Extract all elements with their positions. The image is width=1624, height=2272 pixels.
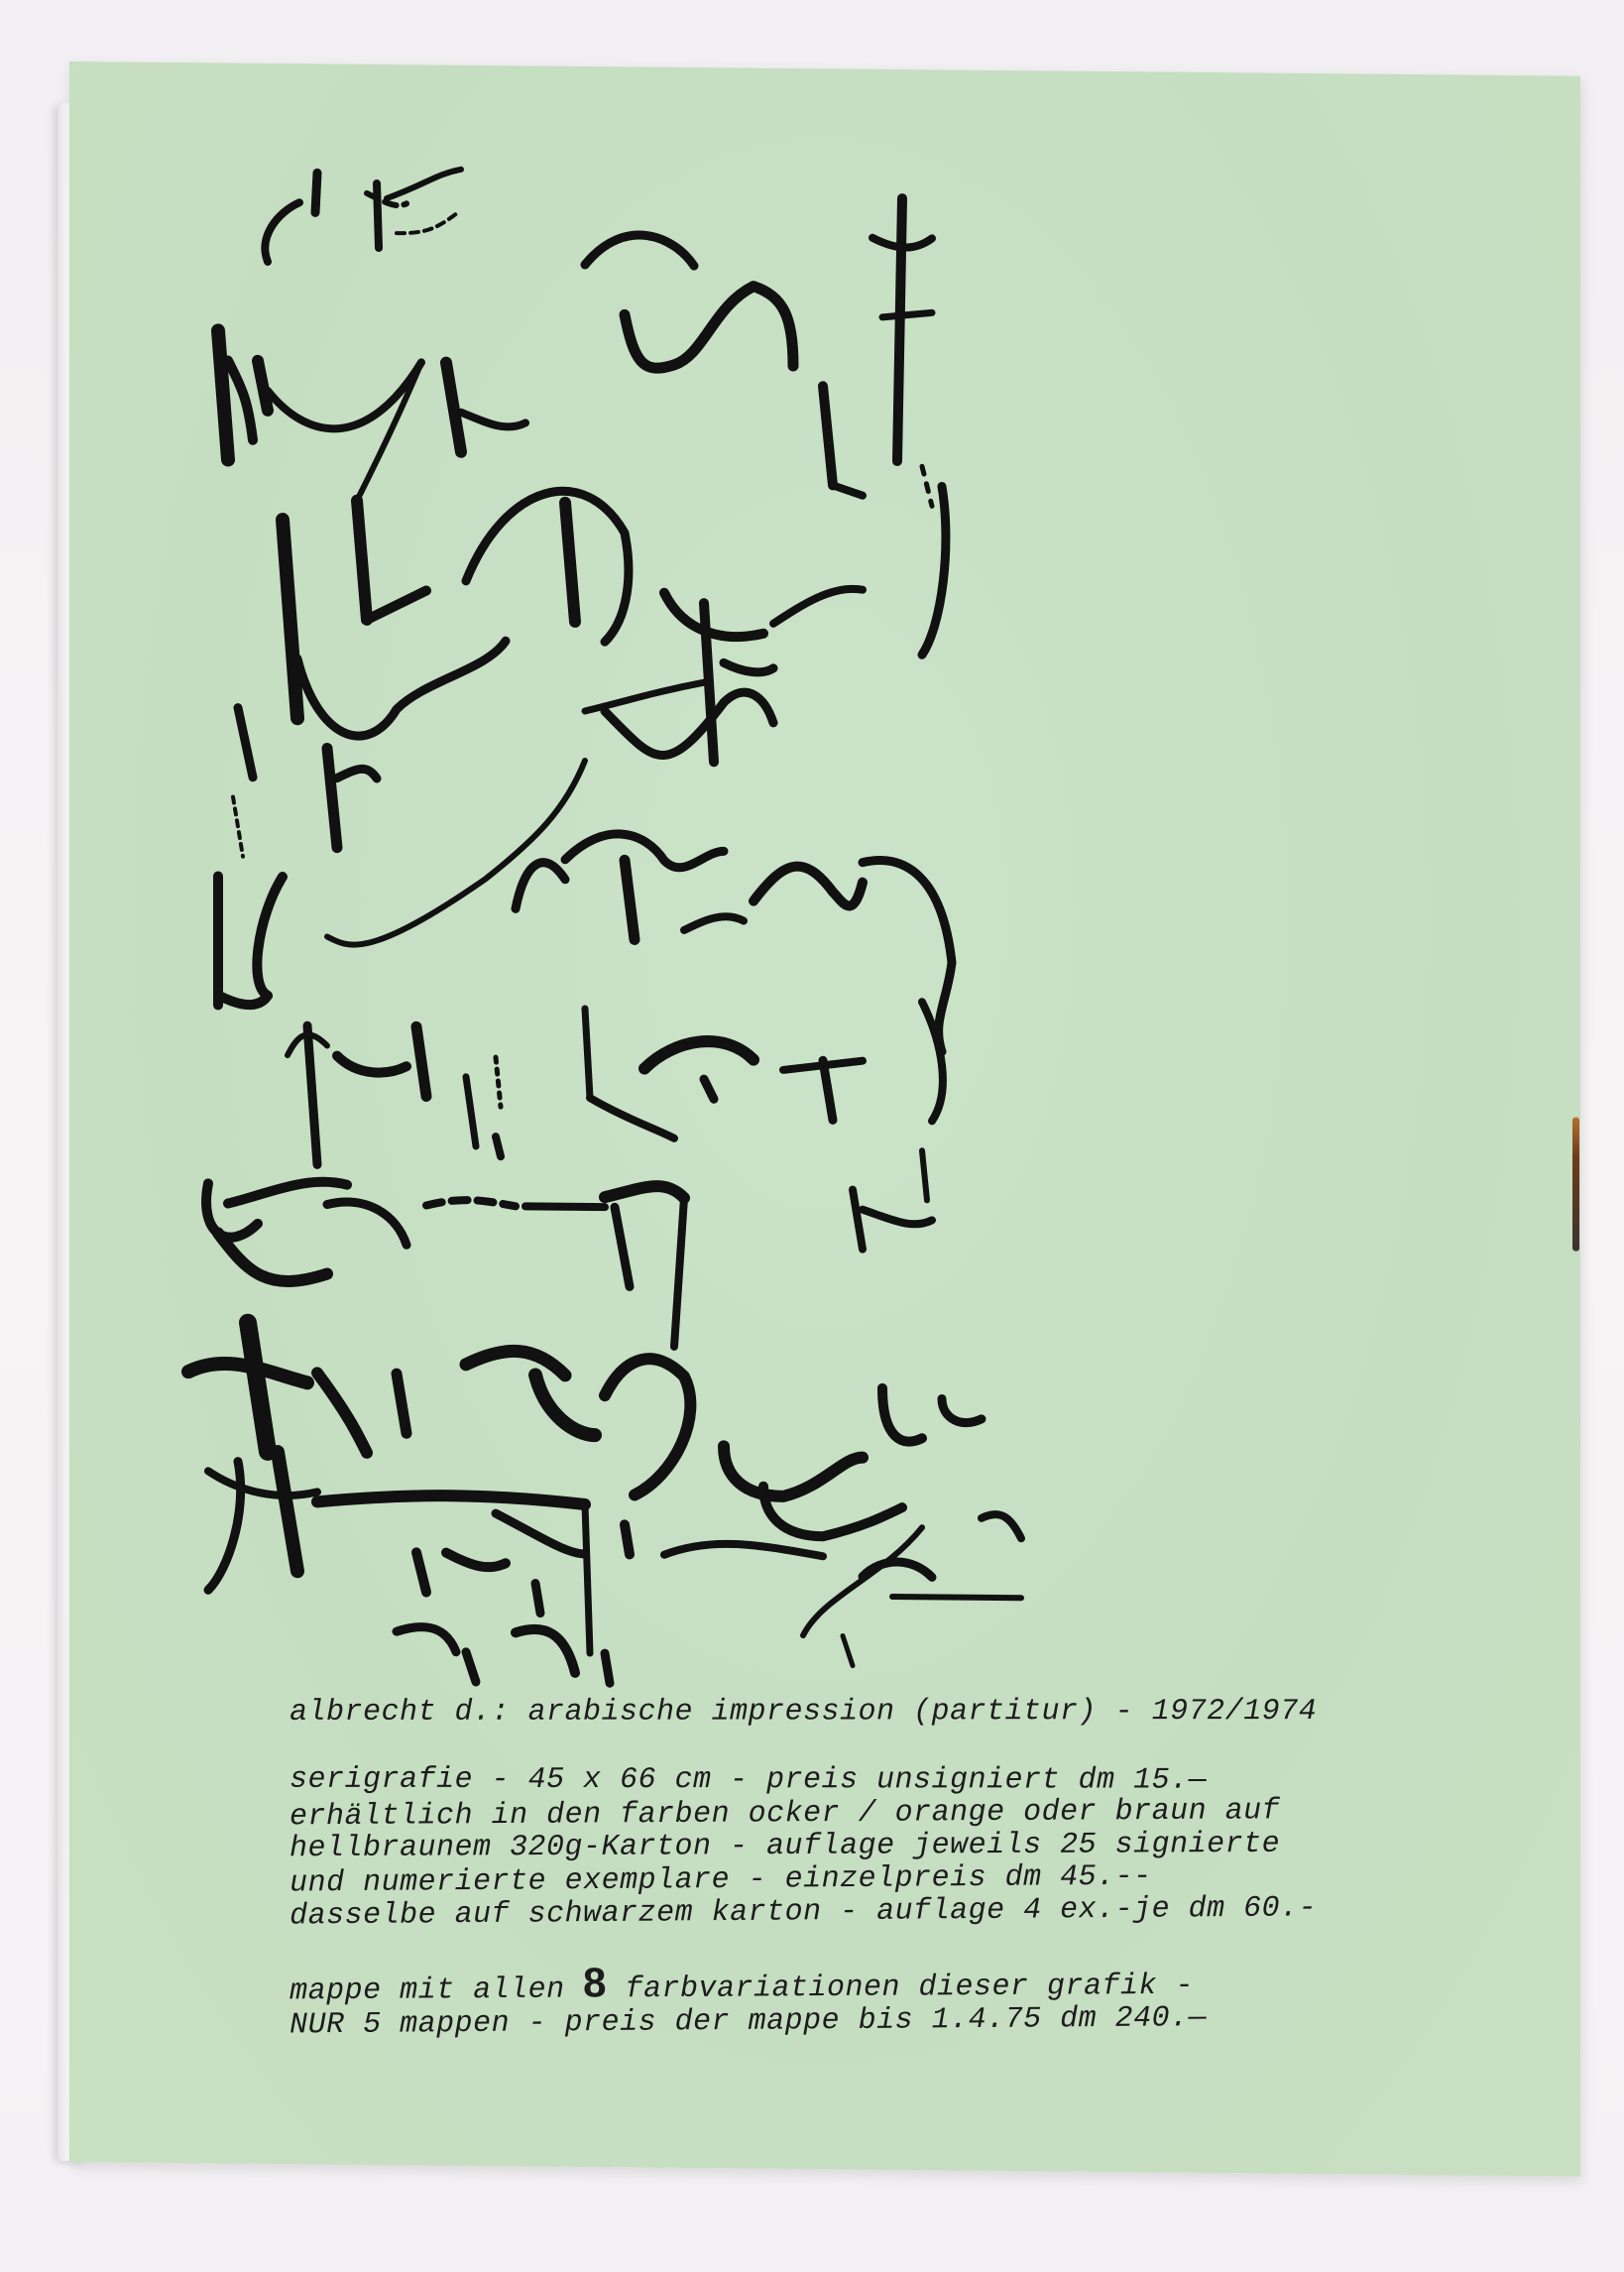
portfolio-count: 8 — [583, 1959, 608, 2005]
caption-block: albrecht d.: arabische impression (parti… — [290, 1690, 1578, 2043]
booklet-page: albrecht d.: arabische impression (parti… — [69, 61, 1580, 2177]
staple — [1572, 1118, 1579, 1252]
calligraphic-artwork — [69, 61, 1580, 1723]
portfolio-suffix: farbvariationen dieser grafik - — [607, 1970, 1195, 2007]
portfolio-prefix: mappe mit allen — [290, 1973, 584, 2009]
detail-line: serigrafie - 45 x 66 cm - preis unsignie… — [290, 1764, 1578, 1798]
artwork-title: albrecht d.: arabische impression (parti… — [290, 1696, 1578, 1730]
